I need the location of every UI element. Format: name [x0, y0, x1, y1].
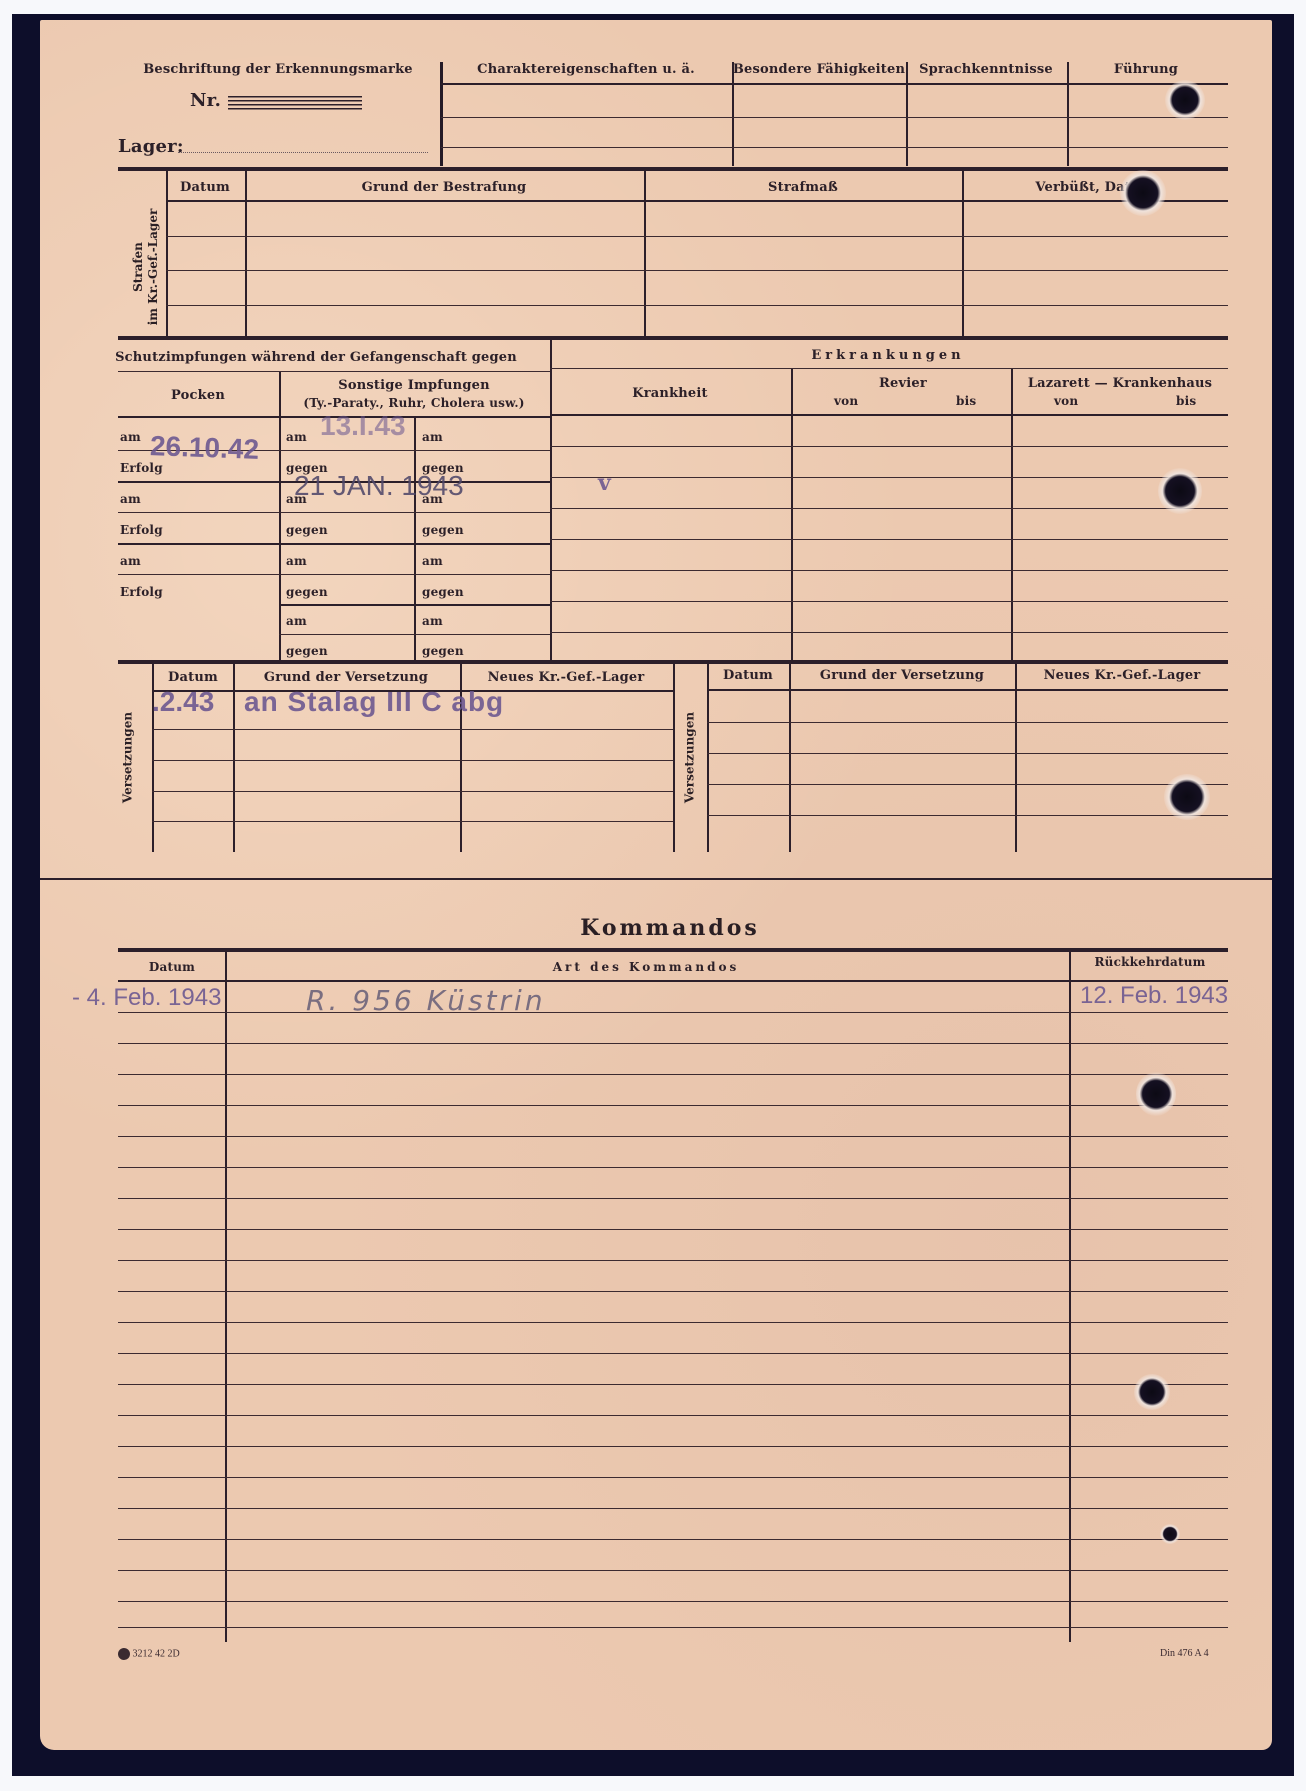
- punch-hole-icon: [1164, 774, 1210, 820]
- rule: [118, 512, 550, 513]
- rule: [118, 371, 550, 372]
- kommando-date-stamp: - 4. Feb. 1943: [72, 984, 221, 1012]
- kommando-type-handwritten: R. 956 Küstrin: [306, 984, 546, 1017]
- col-divider: [962, 168, 964, 338]
- rule: [118, 1384, 1228, 1385]
- rule: [550, 477, 1228, 478]
- col-languages: Sprachkenntnisse: [919, 62, 1053, 77]
- gegen-label: gegen: [286, 523, 328, 537]
- col-conduct: Führung: [1114, 62, 1178, 77]
- rule: [166, 236, 1228, 237]
- rule: [118, 1539, 1228, 1540]
- rule: [707, 689, 1228, 691]
- col-divider: [245, 168, 247, 338]
- col-sentence: Strafmaß: [768, 180, 838, 195]
- rule: [118, 543, 550, 545]
- col-return-date: Rückkehrdatum: [1094, 955, 1205, 969]
- rule: [441, 117, 1228, 118]
- col-divider: [791, 369, 793, 662]
- rule: [118, 1167, 1228, 1168]
- rule: [166, 305, 1228, 306]
- rule: [118, 1353, 1228, 1354]
- rule: [118, 1198, 1228, 1199]
- rule: [550, 414, 1228, 416]
- col-divider: [550, 338, 552, 662]
- printer-mark: 3212 42 2D: [118, 1648, 180, 1660]
- am-label: am: [422, 430, 443, 444]
- rule: [707, 722, 1228, 723]
- rule: [550, 539, 1228, 540]
- col-divider: [414, 418, 416, 662]
- col-infirmary: Revier: [879, 376, 927, 391]
- rule: [118, 574, 550, 575]
- am-label: am: [422, 614, 443, 628]
- rule: [118, 1322, 1228, 1323]
- am-label: am: [120, 492, 141, 506]
- col-divider: [906, 62, 908, 166]
- pocken-label: Pocken: [171, 388, 225, 403]
- other-date-stamp-1: 13.I.43: [320, 410, 406, 442]
- to-label: bis: [956, 394, 976, 408]
- rule: [166, 200, 1228, 202]
- erfolg-label: Erfolg: [120, 585, 163, 599]
- rule: [550, 601, 1228, 602]
- col-kommando-type: Art des Kommandos: [553, 960, 740, 974]
- rule: [118, 980, 1228, 982]
- rule: [152, 821, 673, 822]
- rule: [118, 1627, 1228, 1628]
- erfolg-label: Erfolg: [120, 461, 163, 475]
- eagle-emblem-icon: [118, 1648, 130, 1660]
- rule: [118, 1229, 1228, 1230]
- col-date: Datum: [168, 670, 218, 685]
- rule: [707, 815, 1228, 816]
- rule: [118, 1570, 1228, 1571]
- col-date: Datum: [723, 668, 773, 683]
- rule: [550, 446, 1228, 447]
- transfer-reason-stamp: an Stalag III C abg: [244, 686, 504, 718]
- rule: [550, 632, 1228, 633]
- rule: [152, 791, 673, 792]
- transfer-date-stamp: .2.43: [152, 686, 214, 718]
- rule: [118, 1446, 1228, 1447]
- punch-hole-icon: [1134, 1374, 1170, 1410]
- lager-dotted-field[interactable]: [178, 152, 428, 153]
- rule: [118, 1043, 1228, 1044]
- gegen-label: gegen: [422, 585, 464, 599]
- side-label-line: im Kr.-Gef.-Lager: [146, 197, 161, 337]
- col-divider: [1067, 62, 1069, 166]
- col-divider: [673, 662, 675, 852]
- illnesses-title: Erkrankungen: [811, 348, 964, 363]
- paper-format: Din 476 A 4: [1160, 1648, 1209, 1659]
- rule: [166, 270, 1228, 271]
- rule: [441, 147, 1228, 148]
- section-rule: [118, 336, 1228, 340]
- col-reason: Grund der Versetzung: [820, 668, 984, 683]
- am-label: am: [120, 430, 141, 444]
- col-divider: [644, 168, 646, 338]
- col-divider: [732, 62, 734, 166]
- rule: [118, 1136, 1228, 1137]
- section-rule: [118, 167, 1228, 171]
- side-label-line: Strafen: [131, 197, 146, 337]
- gegen-label: gegen: [422, 523, 464, 537]
- erfolg-label: Erfolg: [120, 523, 163, 537]
- rule: [118, 1477, 1228, 1478]
- kommando-date: 4. Feb. 1943: [87, 984, 222, 1011]
- punch-hole-icon: [1120, 170, 1166, 216]
- nr-label: Nr.: [190, 90, 221, 111]
- fold-line: [40, 878, 1272, 880]
- col-skills: Besondere Fähigkeiten: [733, 62, 905, 77]
- rule: [550, 368, 1228, 369]
- col-character: Charaktereigenschaften u. ä.: [477, 62, 695, 77]
- kommando-return-stamp: 12. Feb. 1943: [1080, 982, 1228, 1010]
- dash-mark: -: [72, 984, 87, 1011]
- col-reason: Grund der Versetzung: [264, 670, 428, 685]
- rule: [152, 729, 673, 730]
- other-vacc-sublabel: (Ty.-Paraty., Ruhr, Cholera usw.): [303, 396, 524, 410]
- col-date: Datum: [180, 180, 230, 195]
- am-label: am: [120, 554, 141, 568]
- from-label: von: [1054, 394, 1078, 408]
- from-label: von: [834, 394, 858, 408]
- col-reason: Grund der Bestrafung: [362, 180, 527, 195]
- header-divider: [440, 62, 443, 166]
- punch-hole-icon: [1160, 1524, 1180, 1544]
- nr-redacted-lines: [228, 96, 362, 110]
- rule: [118, 1415, 1228, 1416]
- rule: [118, 1012, 1228, 1013]
- rule: [152, 760, 673, 761]
- punch-hole-icon: [1158, 468, 1202, 514]
- rule: [118, 1291, 1228, 1292]
- rule: [118, 1074, 1228, 1075]
- rule: [118, 1105, 1228, 1106]
- col-illness: Krankheit: [632, 386, 708, 401]
- tag-label: Beschriftung der Erkennungsmarke: [143, 62, 413, 77]
- gegen-label: gegen: [286, 644, 328, 658]
- gegen-label: gegen: [286, 585, 328, 599]
- punishments-side-label: Strafen im Kr.-Gef.-Lager: [131, 197, 161, 337]
- am-label: am: [286, 614, 307, 628]
- am-label: am: [286, 554, 307, 568]
- kommandos-title: Kommandos: [580, 915, 760, 941]
- punch-hole-icon: [1165, 80, 1205, 120]
- rule: [279, 634, 550, 635]
- section-rule: [118, 948, 1228, 952]
- transfers-side-label-right: Versetzungen: [683, 708, 698, 808]
- rule: [707, 784, 1228, 785]
- rule: [441, 83, 1228, 85]
- rule: [118, 1260, 1228, 1261]
- col-divider: [1011, 369, 1013, 662]
- rule: [707, 753, 1228, 754]
- rule: [118, 1508, 1228, 1509]
- form-number: 3212 42 2D: [133, 1648, 180, 1659]
- rule: [279, 604, 550, 606]
- other-date-stamp-2: 21 JAN. 1943: [294, 470, 464, 502]
- am-label: am: [422, 554, 443, 568]
- rule: [550, 508, 1228, 509]
- col-new-camp: Neues Kr.-Gef.-Lager: [488, 670, 645, 685]
- vaccinations-title: Schutzimpfungen während der Gefangenscha…: [115, 350, 517, 365]
- am-label: am: [286, 430, 307, 444]
- transfers-side-label-left: Versetzungen: [121, 708, 136, 808]
- gegen-label: gegen: [422, 644, 464, 658]
- punch-hole-icon: [1136, 1072, 1176, 1116]
- col-hospital: Lazarett — Krankenhaus: [1028, 376, 1212, 391]
- col-date: Datum: [149, 960, 195, 974]
- to-label: bis: [1176, 394, 1196, 408]
- rule: [118, 1601, 1228, 1602]
- col-divider: [166, 168, 168, 338]
- lager-label: Lager:: [118, 136, 184, 157]
- rule: [550, 570, 1228, 571]
- other-vacc-label: Sonstige Impfungen: [338, 378, 490, 393]
- illness-mark: v: [598, 470, 611, 496]
- col-new-camp: Neues Kr.-Gef.-Lager: [1044, 668, 1201, 683]
- pocken-date-stamp: 26.10.42: [149, 430, 259, 466]
